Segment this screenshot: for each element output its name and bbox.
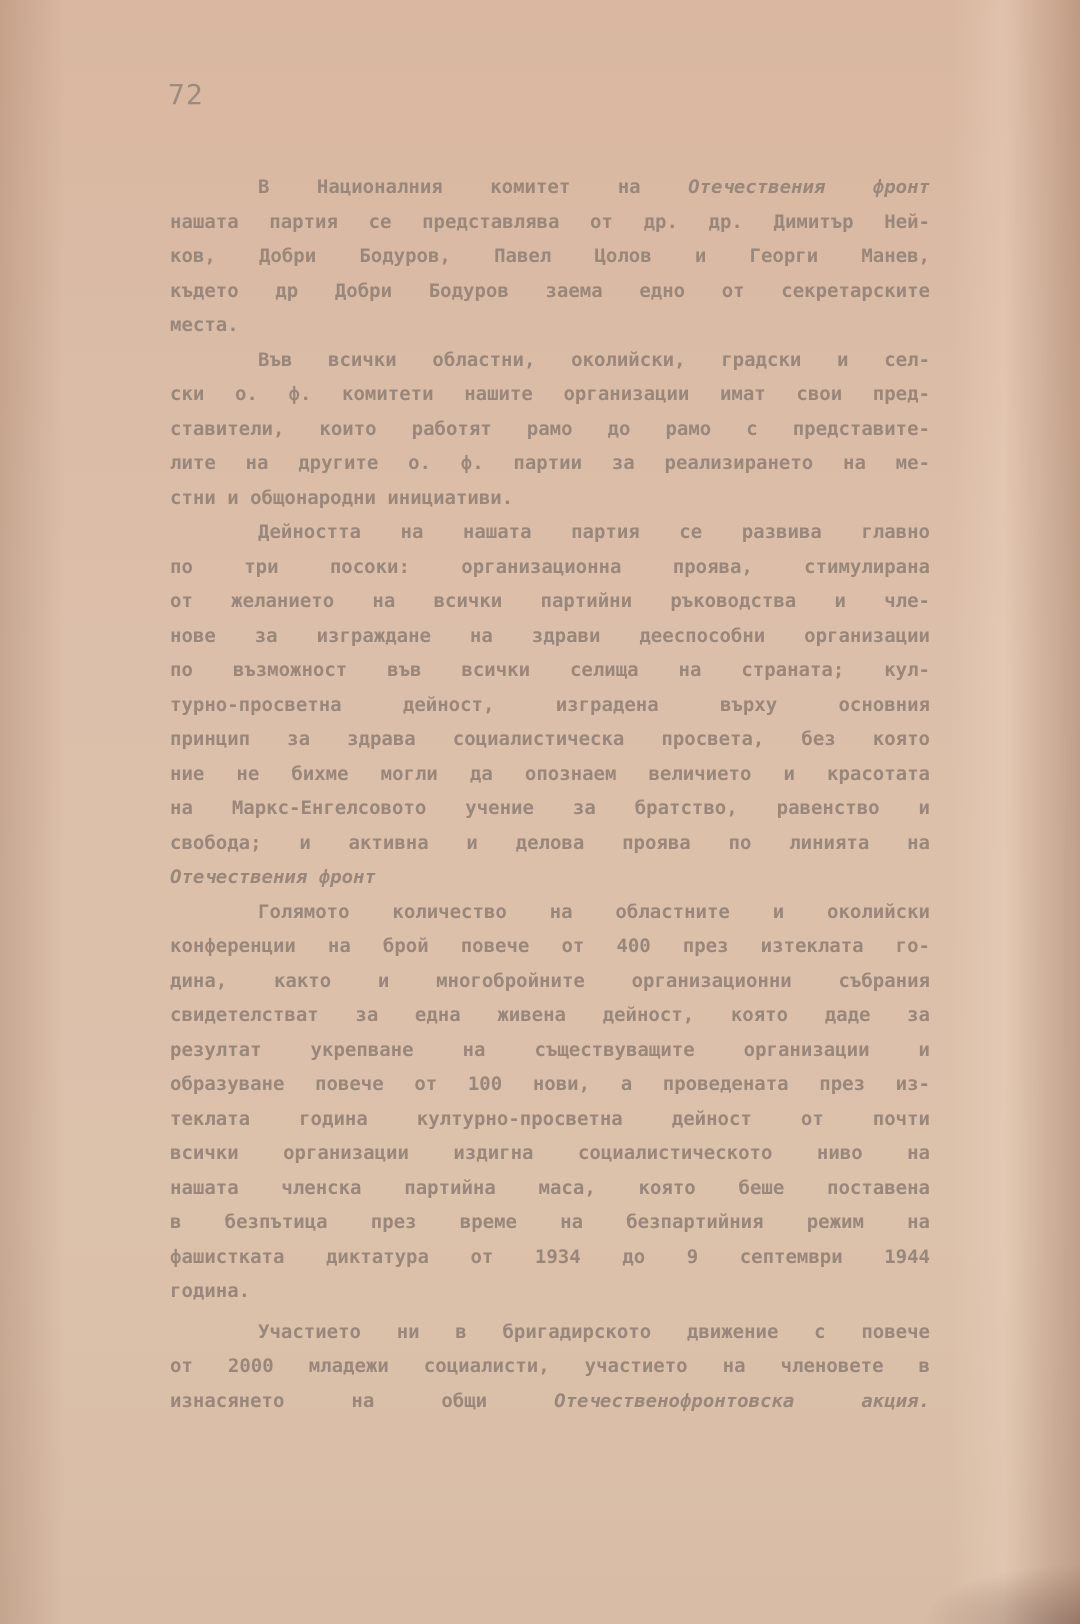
- text-line: година.: [170, 1274, 930, 1309]
- italic-term: Отечественофронтовска акция.: [554, 1390, 930, 1412]
- italic-term: Отечествения фронт: [688, 176, 930, 198]
- line-text: В Националния комитет на: [258, 176, 688, 198]
- text-line: стни и общонародни инициативи.: [170, 481, 930, 516]
- text-line: Дейността на нашата партия се развива гл…: [170, 515, 930, 550]
- text-line: ние не бихме могли да опознаем величието…: [170, 757, 930, 792]
- paragraph: В Националния комитет на Отечествения фр…: [170, 170, 930, 343]
- page-corner-shadow: [920, 1564, 1080, 1624]
- text-line: Участието ни в бригадирското движение с …: [170, 1315, 930, 1350]
- text-line: свидетелстват за една живена дейност, ко…: [170, 998, 930, 1033]
- text-line: резултат укрепване на съществуващите орг…: [170, 1033, 930, 1068]
- text-line: на Маркс-Енгелсовото учение за братство,…: [170, 791, 930, 826]
- text-line: В Националния комитет на Отечествения фр…: [170, 170, 930, 205]
- text-line: всички организации издигна социалистичес…: [170, 1136, 930, 1171]
- text-line: образуване повече от 100 нови, а проведе…: [170, 1067, 930, 1102]
- text-line: места.: [170, 308, 930, 343]
- text-line: нове за изграждане на здрави дееспособни…: [170, 619, 930, 654]
- text-line: нашата членска партийна маса, която беше…: [170, 1171, 930, 1206]
- paragraph: Във всички областни, околийски, градски …: [170, 343, 930, 516]
- text-line: ставители, които работят рамо до рамо с …: [170, 412, 930, 447]
- paragraph: Голямото количество на областните и окол…: [170, 895, 930, 1309]
- text-line: ски о. ф. комитети нашите организации им…: [170, 377, 930, 412]
- paragraph: Дейността на нашата партия се развива гл…: [170, 515, 930, 895]
- text-line: Голямото количество на областните и окол…: [170, 895, 930, 930]
- text-line: принцип за здрава социалистическа просве…: [170, 722, 930, 757]
- text-line: от желанието на всички партийни ръководс…: [170, 584, 930, 619]
- text-line: ков, Добри Бодуров, Павел Цолов и Георги…: [170, 239, 930, 274]
- paragraph: Участието ни в бригадирското движение с …: [170, 1315, 930, 1419]
- italic-term: Отечествения фронт: [170, 860, 930, 895]
- text-line: дина, както и многобройните организацион…: [170, 964, 930, 999]
- text-line: конференции на брой повече от 400 през и…: [170, 929, 930, 964]
- text-line: в безпътица през време на безпартийния р…: [170, 1205, 930, 1240]
- text-line: фашистката диктатура от 1934 до 9 септем…: [170, 1240, 930, 1275]
- page-number: 72: [168, 78, 204, 111]
- text-line: изнасянето на общи Отечественофронтовска…: [170, 1384, 930, 1419]
- body-text: В Националния комитет на Отечествения фр…: [170, 170, 930, 1418]
- text-line: нашата партия се представлява от др. др.…: [170, 205, 930, 240]
- line-text: изнасянето на общи: [170, 1390, 554, 1412]
- text-line: Във всички областни, околийски, градски …: [170, 343, 930, 378]
- text-line: където др Добри Бодуров заема едно от се…: [170, 274, 930, 309]
- text-line: теклата година културно-просветна дейнос…: [170, 1102, 930, 1137]
- text-line: по три посоки: организационна проява, ст…: [170, 550, 930, 585]
- text-line: по възможност във всички селища на стран…: [170, 653, 930, 688]
- text-line: от 2000 младежи социалисти, участието на…: [170, 1349, 930, 1384]
- text-line: турно-просветна дейност, изградена върху…: [170, 688, 930, 723]
- text-line: лите на другите о. ф. партии за реализир…: [170, 446, 930, 481]
- text-line: свобода; и активна и делова проява по ли…: [170, 826, 930, 861]
